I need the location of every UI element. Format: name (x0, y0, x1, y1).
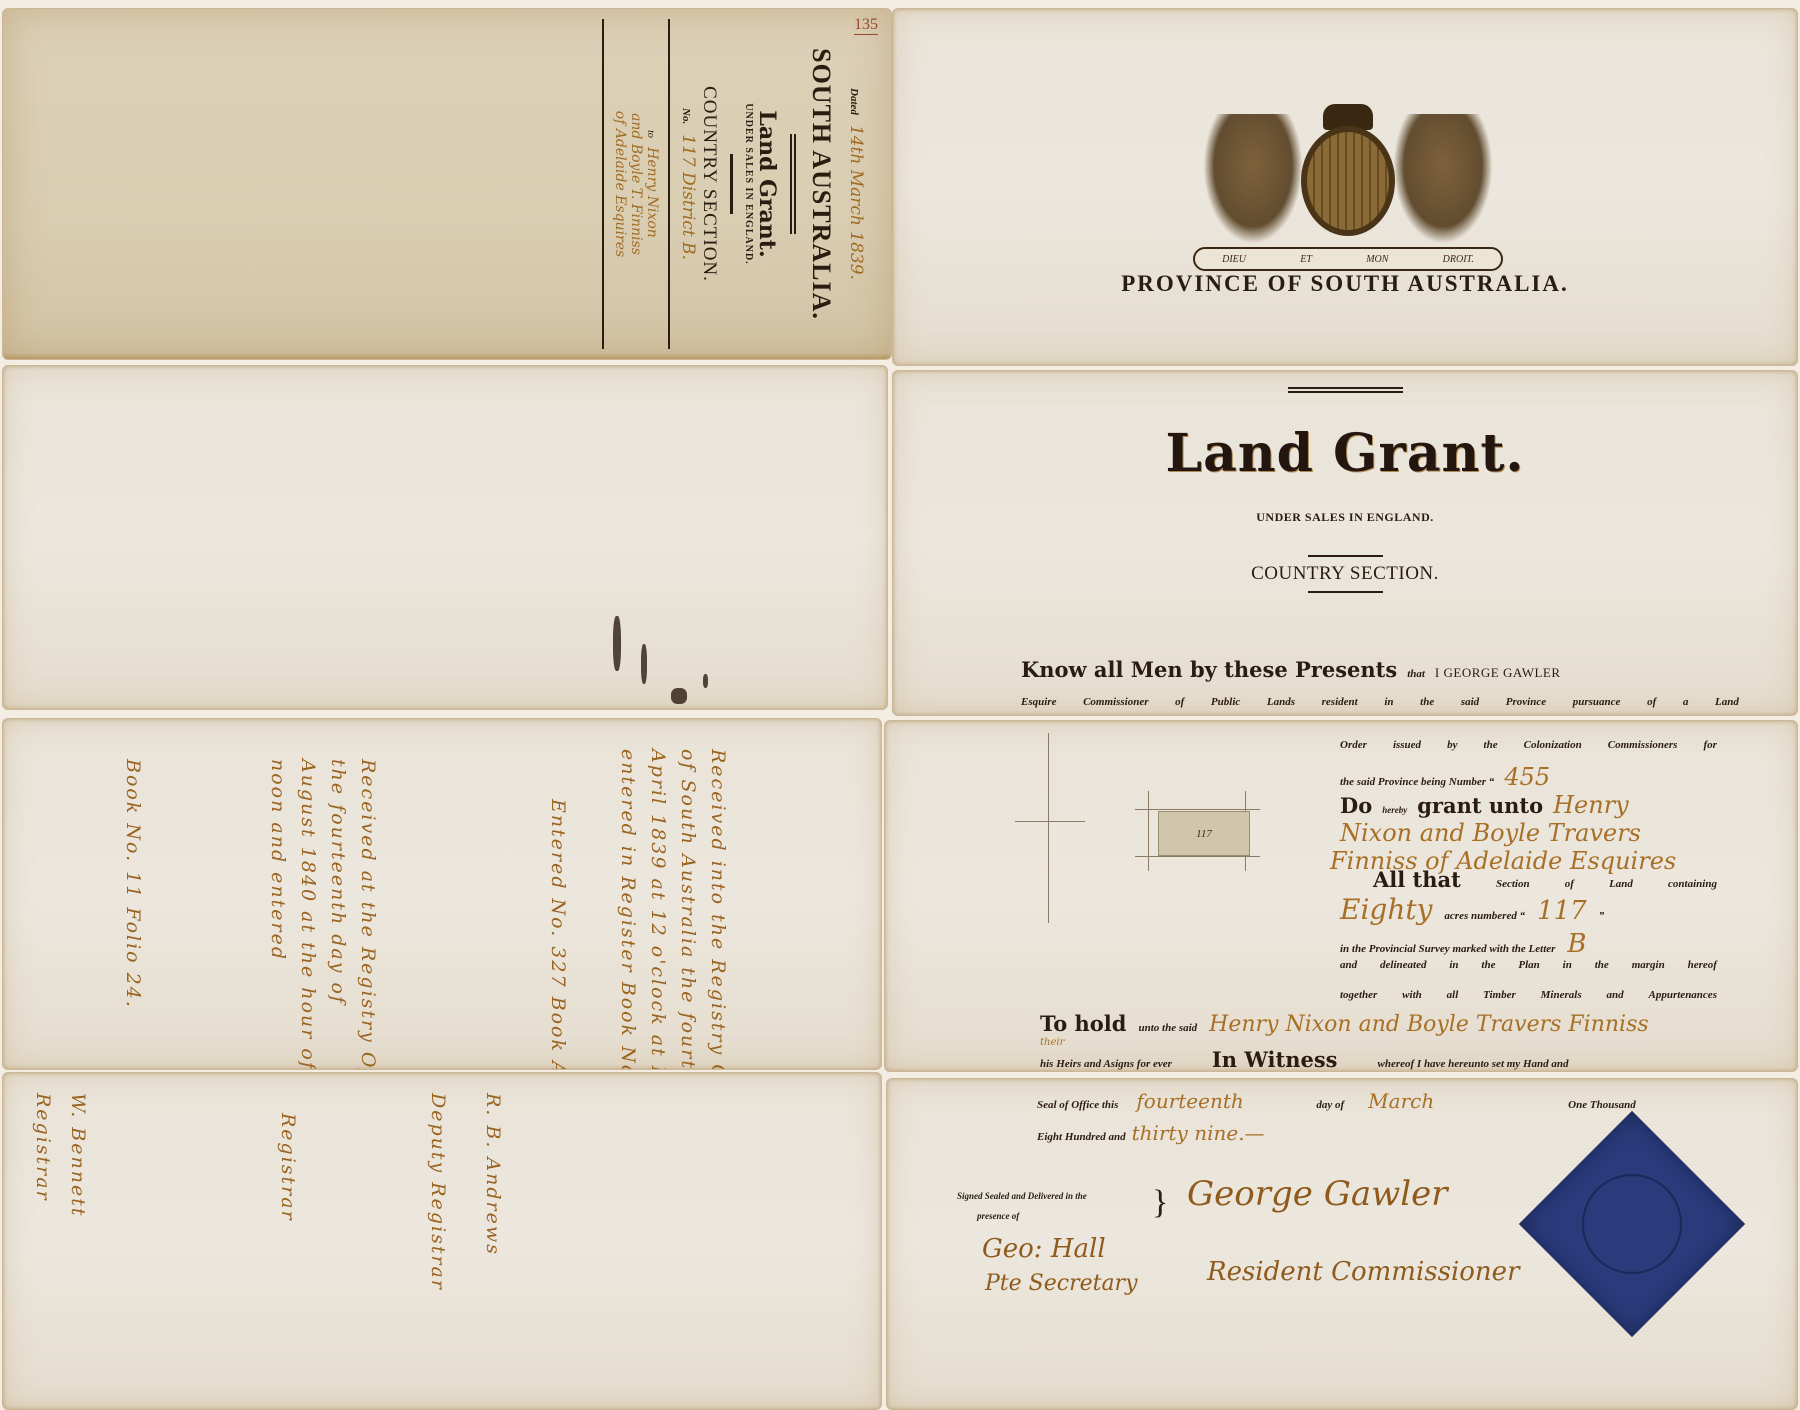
know-all-men-line: Know all Men by these Presents that I GE… (1021, 657, 1767, 682)
word: Colonization (1524, 739, 1582, 751)
motto-word: ET (1300, 254, 1312, 265)
word: with (1402, 989, 1422, 1001)
survey-line: in the Provincial Survey marked with the… (1340, 929, 1717, 959)
to-value-2: and Boyle T. Finniss (628, 8, 644, 360)
section-rule-bottom (1308, 591, 1383, 593)
grant-unto: grant unto (1417, 793, 1543, 818)
endorsement-col-a-line: of South Australia the fourteenth day of (673, 749, 703, 1070)
acres-value: Eighty (1340, 893, 1432, 926)
word: a (1683, 696, 1689, 708)
endorsement-col-b-line: August 1840 at the hour of (293, 759, 323, 1070)
word: Commissioner (1083, 696, 1148, 708)
motto-ribbon: DIEU ET MON DROIT. (1193, 247, 1503, 271)
delineated-line: and delineated in the Plan in the margin… (1340, 959, 1717, 971)
number-line-label: the said Province being Number “ (1340, 776, 1494, 788)
docket-land-grant: Land Grant. (754, 8, 780, 360)
word: delineated (1380, 959, 1426, 971)
whereof-text: whereof I have hereunto set my Hand and (1378, 1058, 1569, 1070)
word: Land (1609, 878, 1633, 890)
holder-names: Henry Nixon and Boyle Travers Finniss (1209, 1012, 1648, 1037)
word: the (1420, 696, 1434, 708)
shield-icon (1301, 126, 1395, 236)
seal-line-label: Seal of Office this (1037, 1099, 1118, 1111)
word: resident (1322, 696, 1358, 708)
endorsement-docket: 135 Dated 14th March 1839. SOUTH AUSTRAL… (440, 8, 890, 360)
survey-text: in the Provincial Survey marked with the… (1340, 943, 1555, 955)
year-value: thirty nine.— (1132, 1121, 1265, 1145)
word: Plan (1518, 959, 1539, 971)
endorsement-col-a-line: entered in Register Book No. 1 Folio 117 (613, 749, 643, 1070)
endorsement-signature-title: Deputy Registrar (423, 1093, 453, 1313)
docket-dated-line: Dated 14th March 1839. (846, 8, 866, 360)
word: the (1484, 739, 1498, 751)
header-panel: DIEU ET MON DROIT. PROVINCE OF SOUTH AUS… (892, 8, 1798, 366)
ink-stain (613, 616, 621, 671)
commissioner-signature: George Gawler (1187, 1174, 1447, 1214)
plan-line (1015, 821, 1085, 822)
word: Esquire (1021, 696, 1056, 708)
land-grant-heading: Land Grant. (893, 423, 1797, 484)
order-line: Order issued by the Colonization Commiss… (1340, 739, 1717, 751)
endorsement-col-a-line: Entered No. 327 Book A (543, 799, 573, 1070)
word: Section (1496, 878, 1530, 890)
docket-to-line: to Henry Nixon (644, 8, 660, 360)
to-value-3: of Adelaide Esquires (612, 8, 628, 360)
in-witness: In Witness (1212, 1047, 1338, 1072)
docket-under-sales: UNDER SALES IN ENGLAND. (743, 8, 754, 360)
wax-seal-icon (1519, 1111, 1745, 1337)
royal-coat-of-arms-icon: DIEU ET MON DROIT. (1183, 104, 1513, 279)
endorsement-col-b-cont: Registrar (273, 1113, 303, 1373)
endorsement-col-b-line: Book No. 11 Folio 24. (118, 759, 148, 879)
endorsement-col-b-line: Received at the Registry Office South Au… (353, 759, 383, 1070)
docket-number-line: No. 117 District B. (678, 8, 698, 360)
one-thousand: One Thousand (1568, 1099, 1636, 1111)
ink-stain (671, 688, 687, 704)
endorsement-signature: W. Bennett (63, 1093, 93, 1353)
grantee-name: Henry (1553, 791, 1629, 819)
endorsement-col-a-line: April 1839 at 12 o'clock at Noon and (643, 749, 673, 1070)
word: Land (1715, 696, 1739, 708)
word: Order (1340, 739, 1367, 751)
no-label: No. (680, 108, 692, 124)
plot-number: 117 (1196, 828, 1212, 840)
witness-signature: Geo: Hall (982, 1234, 1106, 1264)
lion-icon (1203, 114, 1303, 244)
grantor-name: I GEORGE GAWLER (1435, 665, 1561, 681)
word: containing (1668, 878, 1717, 890)
grant-unto-line: Do hereby grant unto Henry (1340, 791, 1717, 819)
know-all-men: Know all Men by these Presents (1021, 657, 1397, 682)
word: pursuance (1573, 696, 1621, 708)
all-that: All that (1373, 867, 1461, 892)
word: of (1175, 696, 1184, 708)
plan-line (1148, 791, 1149, 871)
signature-panel: Seal of Office this fourteenth day of Ma… (886, 1078, 1798, 1410)
acres-line: Eighty acres numbered “ 117 ” (1340, 893, 1717, 926)
survey-plan: 117 (1030, 721, 1330, 921)
endorsement-signature-title: Registrar (28, 1093, 58, 1353)
section-number: 117 (1537, 896, 1587, 926)
presence-label: presence of (977, 1211, 1019, 1221)
docket-rule-bottom (602, 19, 604, 349)
to-hold: To hold (1040, 1011, 1126, 1036)
heirs-line: his Heirs and Asigns for ever In Witness… (1040, 1047, 1707, 1072)
heirs-text: his Heirs and Asigns for ever (1040, 1058, 1172, 1070)
that-word: that (1407, 668, 1425, 680)
blank-panel (2, 365, 888, 710)
all-that-line: All that Section of Land containing (1373, 867, 1717, 892)
grant-body-panel: 117 Order issued by the Colonization Com… (884, 720, 1798, 1072)
survey-letter: B (1567, 929, 1586, 959)
section-rule-top (1308, 555, 1383, 557)
docket-rotated-text: Dated 14th March 1839. SOUTH AUSTRALIA. … (440, 8, 890, 360)
title-rule (1288, 387, 1403, 393)
word: together (1340, 989, 1377, 1001)
to-value-1: Henry Nixon (644, 147, 660, 238)
motto-word: DROIT. (1443, 254, 1474, 265)
seal-date-line: Seal of Office this fourteenth day of Ma… (1037, 1089, 1757, 1113)
do-word: Do (1340, 793, 1372, 818)
word: and (1607, 989, 1624, 1001)
dated-label: Dated (848, 88, 860, 115)
word: issued (1393, 739, 1421, 751)
close-quote: ” (1599, 910, 1605, 922)
year-line: Eight Hundred and thirty nine.— (1037, 1121, 1265, 1145)
signed-sealed-label: Signed Sealed and Delivered in the (957, 1191, 1087, 1201)
acres-label: acres numbered “ (1444, 910, 1525, 922)
word: all (1447, 989, 1459, 1001)
docket-rule-short (730, 154, 733, 214)
grantee-line-2: Nixon and Boyle Travers (1340, 819, 1717, 847)
hereby-word: hereby (1382, 805, 1407, 815)
unto-said: unto the said (1138, 1022, 1197, 1034)
word: said (1461, 696, 1479, 708)
word: in (1449, 959, 1458, 971)
word: and (1340, 959, 1357, 971)
day-of: day of (1316, 1099, 1344, 1111)
to-label: to (645, 130, 656, 138)
title-panel: Land Grant. UNDER SALES IN ENGLAND. COUN… (892, 370, 1798, 716)
endorsement-col-b-line: noon and entered (263, 759, 293, 1070)
word: margin (1632, 959, 1665, 971)
endorsement-col-b-line: the fourteenth day of (323, 759, 353, 1070)
commissioner-title: Resident Commissioner (1207, 1257, 1520, 1287)
word: in (1384, 696, 1393, 708)
to-hold-line: To hold unto the said Henry Nixon and Bo… (1040, 1011, 1649, 1037)
motto-word: DIEU (1222, 254, 1246, 265)
word: in (1563, 959, 1572, 971)
endorsement-signature: R. B. Andrews (478, 1093, 508, 1313)
under-sales-subtitle: UNDER SALES IN ENGLAND. (893, 510, 1797, 525)
endorsement-panel-upper: Received into the Registry Office for th… (2, 718, 882, 1070)
word: the (1481, 959, 1495, 971)
word: by (1447, 739, 1457, 751)
docket-rule-long (668, 19, 670, 349)
word: Public (1211, 696, 1240, 708)
witness-title: Pte Secretary (985, 1271, 1138, 1296)
docket-country-section: COUNTRY SECTION. (698, 8, 720, 360)
endorsement-panel-lower: R. B. Andrews Deputy Registrar Registrar… (2, 1072, 882, 1410)
province-title: PROVINCE OF SOUTH AUSTRALIA. (893, 271, 1797, 297)
word: of (1565, 878, 1574, 890)
motto-word: MON (1366, 254, 1388, 265)
endorsement-col-a-line: Received into the Registry Office for th… (703, 749, 733, 1070)
word: Lands (1267, 696, 1295, 708)
word: Commissioners (1608, 739, 1678, 751)
word: of (1647, 696, 1656, 708)
plan-line (1135, 809, 1260, 810)
plan-line (1135, 856, 1260, 857)
ink-stain (703, 674, 708, 688)
esquire-line: Esquire Commissioner of Public Lands res… (1021, 696, 1739, 708)
unicorn-icon (1393, 114, 1493, 244)
country-section-label: COUNTRY SECTION. (1251, 563, 1439, 585)
country-section-block: COUNTRY SECTION. (1251, 555, 1439, 593)
brace-icon: } (1152, 1184, 1168, 1222)
word: Province (1506, 696, 1546, 708)
land-order-number: 455 (1504, 763, 1550, 791)
dated-value: 14th March 1839. (846, 125, 866, 280)
section-plot: 117 (1158, 811, 1250, 856)
ink-stain (641, 644, 647, 684)
number-line: the said Province being Number “ 455 (1340, 763, 1717, 791)
day-value: fourteenth (1136, 1089, 1316, 1113)
word: for (1704, 739, 1717, 751)
eight-hundred: Eight Hundred and (1037, 1131, 1126, 1143)
word: Timber (1483, 989, 1516, 1001)
word: the (1595, 959, 1609, 971)
docket-title: SOUTH AUSTRALIA. (806, 8, 836, 360)
seal-impression (1582, 1174, 1682, 1274)
together-line: together with all Timber Minerals and Ap… (1340, 989, 1717, 1001)
word: hereof (1688, 959, 1717, 971)
docket-rule (790, 134, 796, 234)
no-value: 117 District B. (678, 134, 698, 260)
title-block: Land Grant. UNDER SALES IN ENGLAND. COUN… (893, 371, 1797, 593)
word: Minerals (1541, 989, 1582, 1001)
month-value: March (1368, 1089, 1568, 1113)
word: Appurtenances (1649, 989, 1717, 1001)
plan-line (1048, 733, 1049, 923)
